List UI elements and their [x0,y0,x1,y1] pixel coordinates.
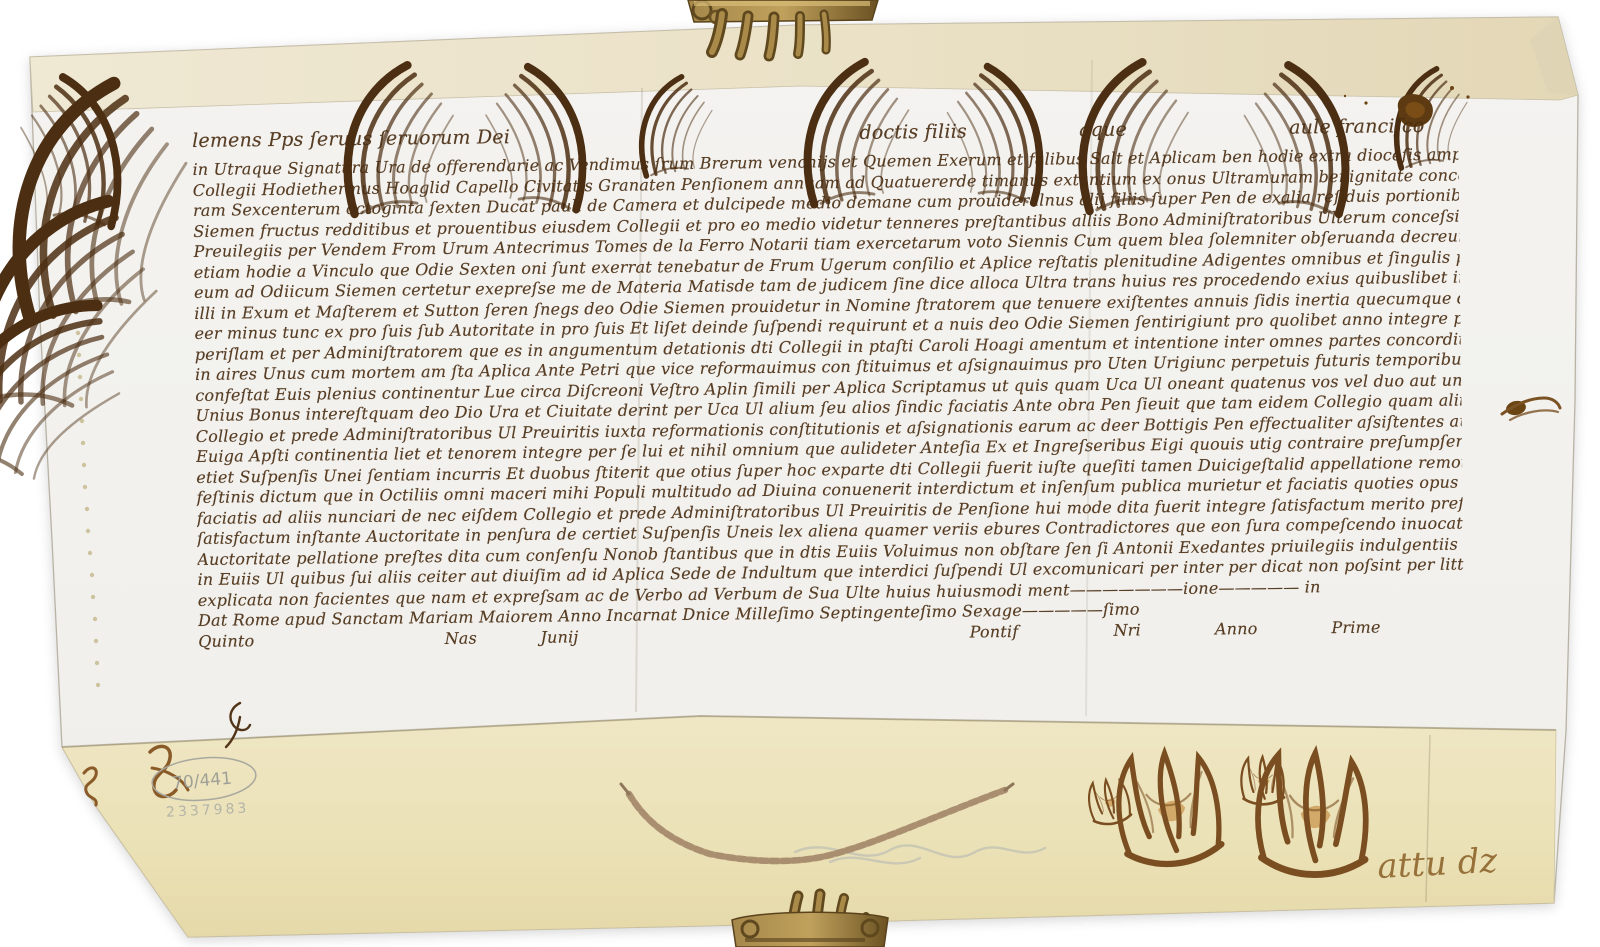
manuscript-photo: 70/441 2337983 attu dz [0,0,1600,947]
notary-signature: attu dz [1376,841,1499,887]
plica-fold [62,716,1556,937]
manuscript-text-block: lemens Pps ſeruus ſeruorum Dei doctis fi… [192,113,1465,720]
